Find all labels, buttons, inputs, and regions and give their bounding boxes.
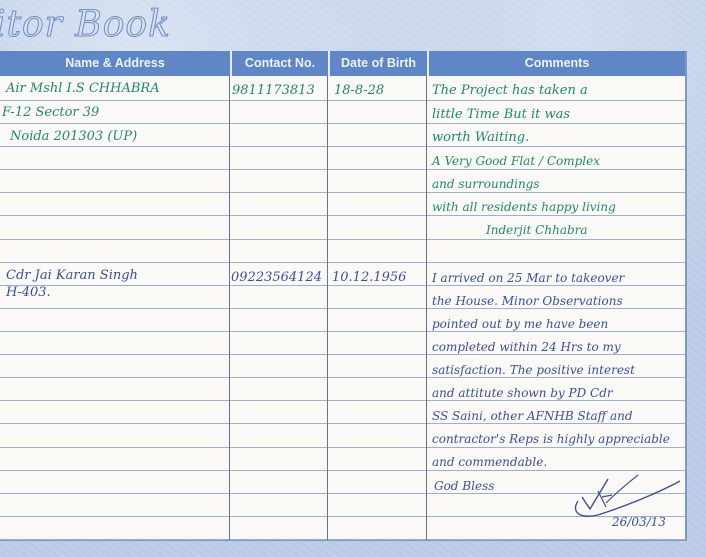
entry-comment-line: I arrived on 25 Mar to takeover <box>432 271 624 285</box>
entry-comment-line: and attitute shown by PD Cdr <box>432 386 613 400</box>
entry-address-line: H-403. <box>6 285 51 300</box>
entry-comment-line: The Project has taken a <box>432 83 588 98</box>
header-name-address: Name & Address <box>0 51 230 76</box>
ruled-line <box>0 308 685 309</box>
ruled-line <box>0 146 685 147</box>
entry-address-line: Noida 201303 (UP) <box>10 129 137 144</box>
ruled-line <box>0 423 685 424</box>
entry-comment-line: A Very Good Flat / Complex <box>432 154 600 168</box>
column-divider <box>327 76 328 540</box>
ruled-line <box>0 539 685 540</box>
ruled-line <box>0 239 685 240</box>
entry-comment-line: the House. Minor Observations <box>432 294 623 308</box>
entry-name-line: Air Mshl I.S CHHABRA <box>6 81 160 96</box>
ruled-line <box>0 262 685 263</box>
entry-comment-line: and surroundings <box>432 177 540 191</box>
ruled-line <box>0 447 685 448</box>
signature-date: 26/03/13 <box>612 515 666 529</box>
entry-dob: 10.12.1956 <box>332 270 406 285</box>
entry-comment-line: little Time But it was <box>432 107 570 122</box>
entry-comment-line: with all residents happy living <box>432 200 616 214</box>
entry-comment-line: worth Waiting. <box>432 130 529 145</box>
entry-comment-line: and commendable. <box>432 455 547 469</box>
entry-signature: Inderjit Chhabra <box>486 223 588 237</box>
ruled-line <box>0 100 685 101</box>
visitor-book-page: Name & Address Contact No. Date of Birth… <box>0 51 687 541</box>
entry-address-line: F-12 Sector 39 <box>2 105 99 120</box>
ruled-line <box>0 400 685 401</box>
ruled-line <box>0 215 685 216</box>
ruled-line <box>0 123 685 124</box>
table-header: Name & Address Contact No. Date of Birth… <box>0 51 685 76</box>
book-title: itor Book <box>0 4 171 45</box>
entry-name-line: Cdr Jai Karan Singh <box>6 268 138 283</box>
ruled-line <box>0 377 685 378</box>
ruled-line <box>0 331 685 332</box>
header-comments: Comments <box>427 51 685 76</box>
header-contact: Contact No. <box>230 51 328 76</box>
entry-comment-line: contractor's Reps is highly appreciable <box>432 432 670 446</box>
ruled-line <box>0 192 685 193</box>
column-divider <box>426 76 427 540</box>
entry-comment-line: SS Saini, other AFNHB Staff and <box>432 409 633 423</box>
column-divider <box>229 76 230 540</box>
entry-comment-line: pointed out by me have been <box>432 317 608 331</box>
entry-comment-line: God Bless <box>434 479 494 493</box>
entry-comment-line: completed within 24 Hrs to my <box>432 340 621 354</box>
header-dob: Date of Birth <box>328 51 427 76</box>
ruled-line <box>0 285 685 286</box>
entry-contact: 09223564124 <box>231 270 322 285</box>
entry-dob: 18-8-28 <box>334 83 384 98</box>
entry-contact: 9811173813 <box>232 83 315 98</box>
entry-comment-line: satisfaction. The positive interest <box>432 363 635 377</box>
ruled-line <box>0 169 685 170</box>
ruled-line <box>0 354 685 355</box>
